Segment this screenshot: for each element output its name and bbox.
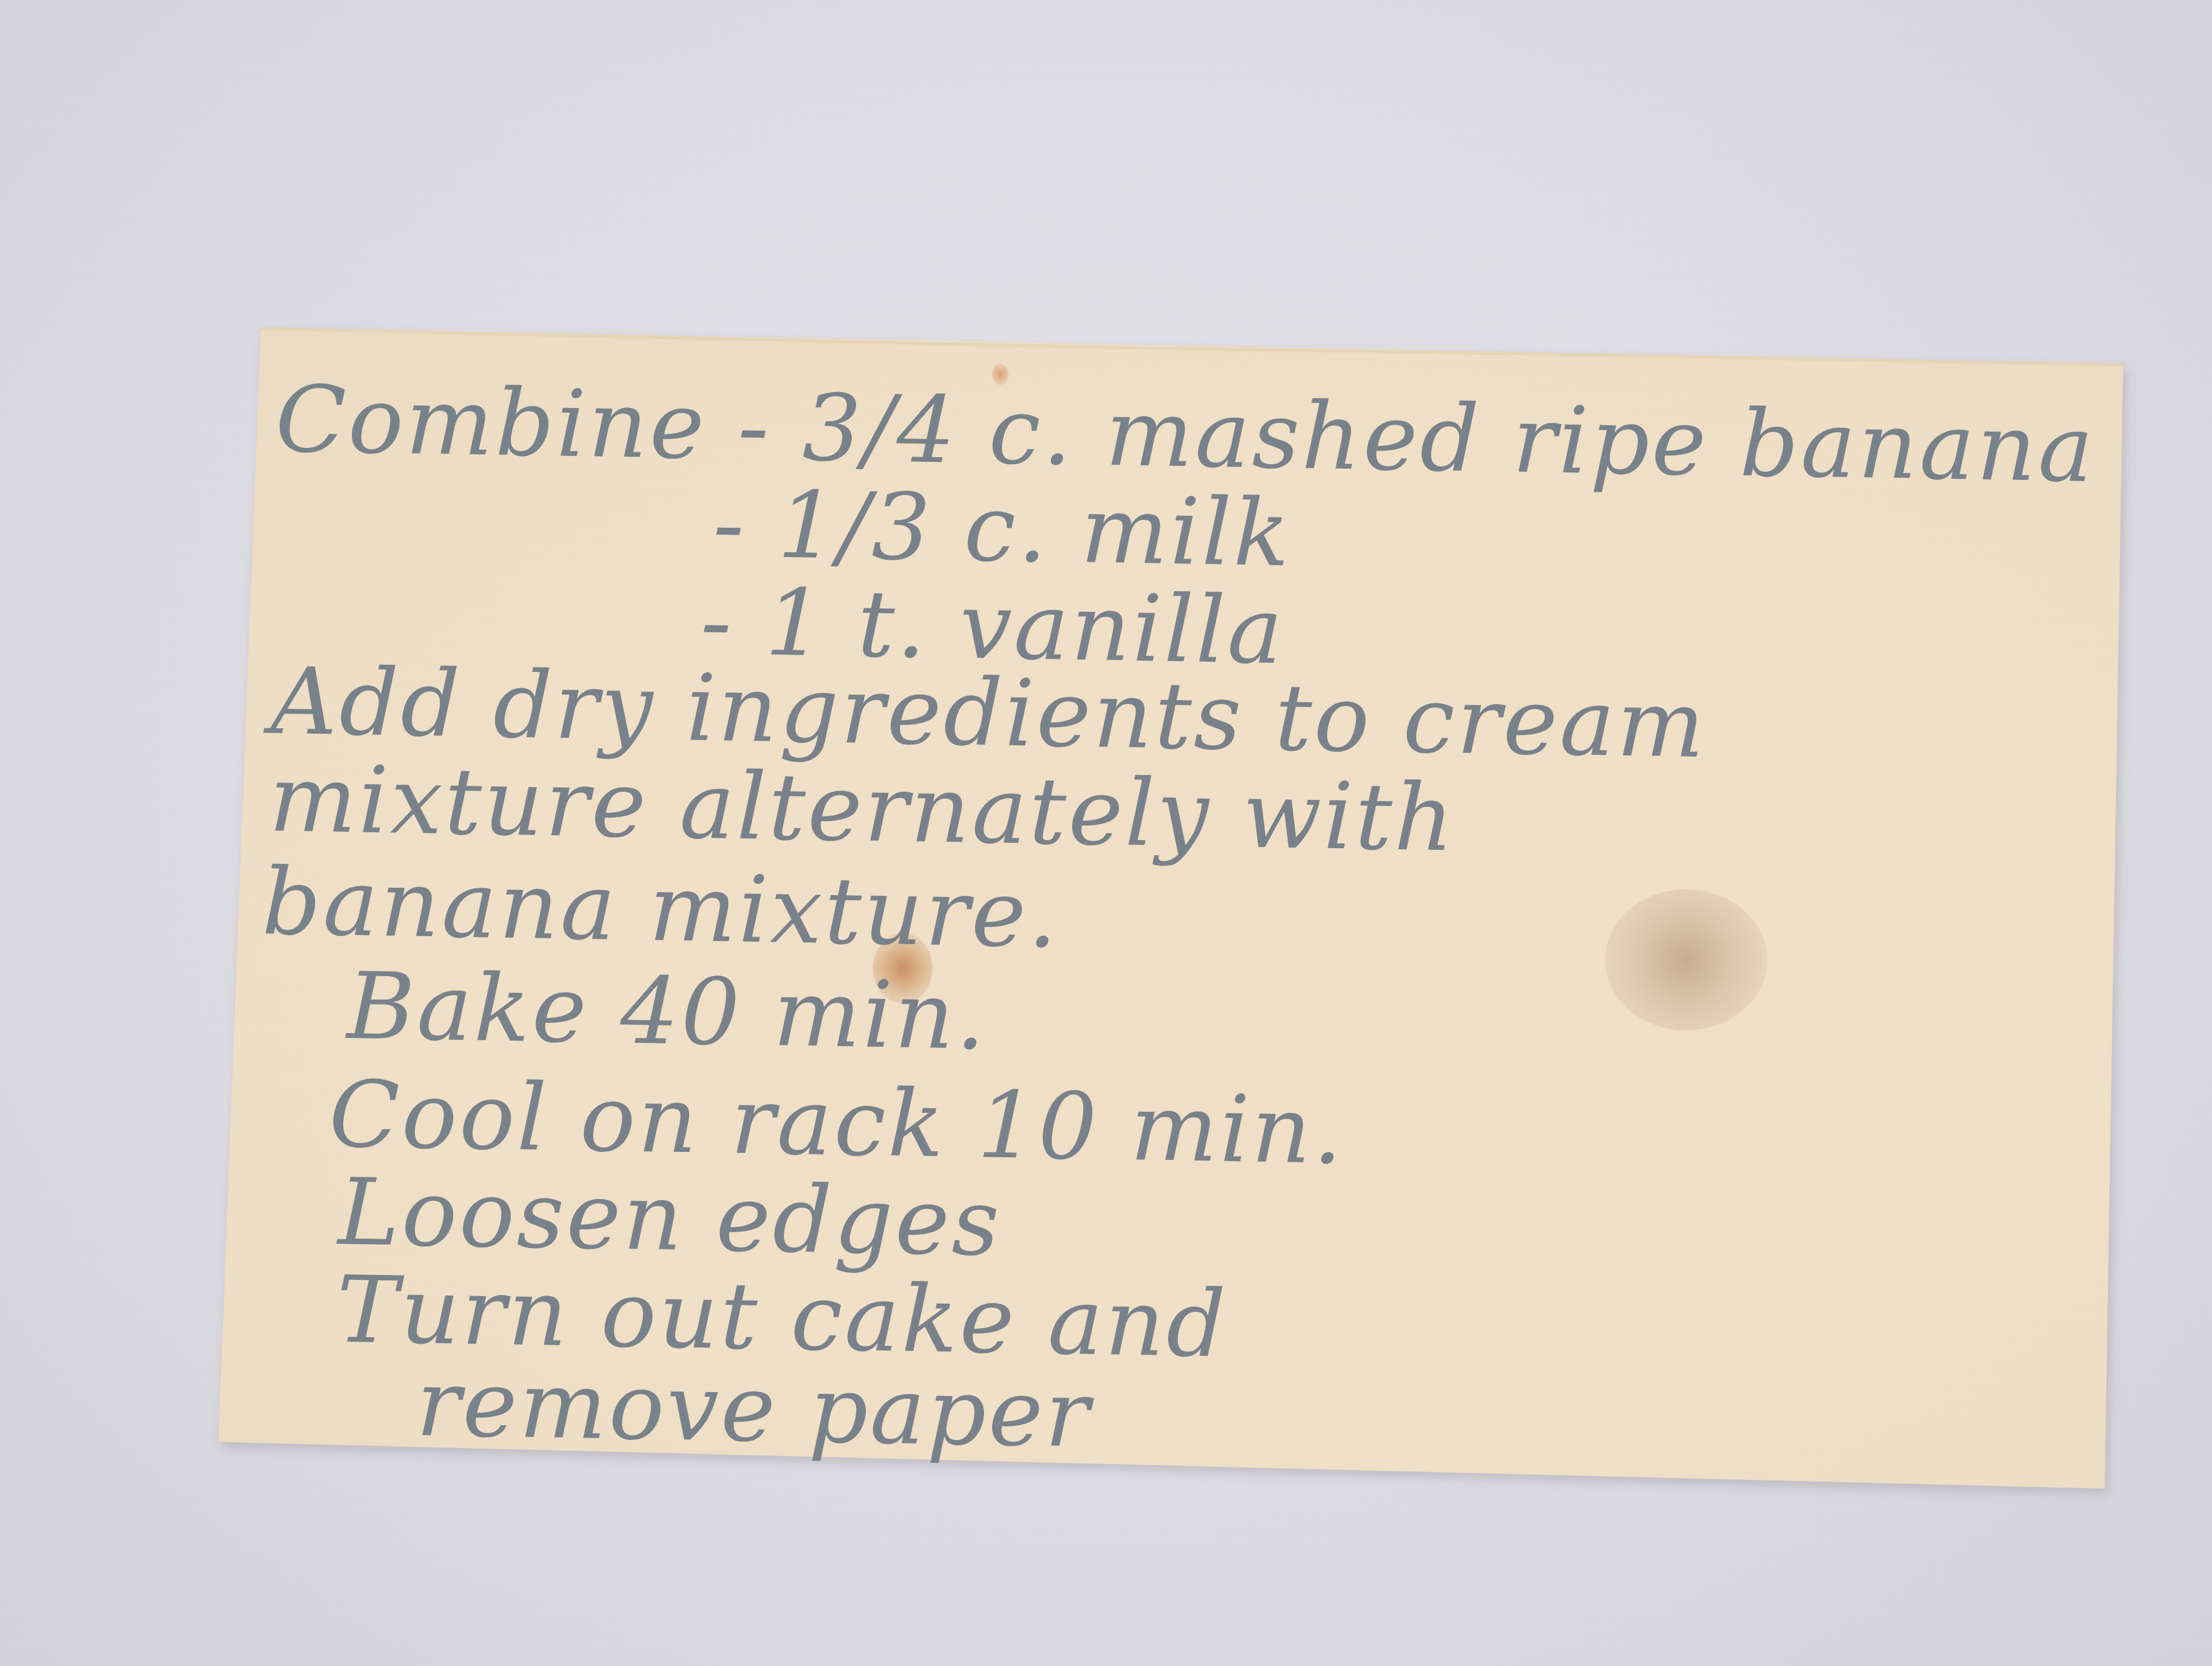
recipe-card-text: Combine - 3/4 c. mashed ripe banana - 1/… xyxy=(242,328,2115,1486)
photo-stage: Combine - 3/4 c. mashed ripe banana - 1/… xyxy=(0,0,2212,1666)
recipe-line: Bake 40 min. xyxy=(346,953,989,1071)
recipe-line: remove paper xyxy=(416,1350,1092,1469)
recipe-line: banana mixture. xyxy=(261,848,1060,969)
